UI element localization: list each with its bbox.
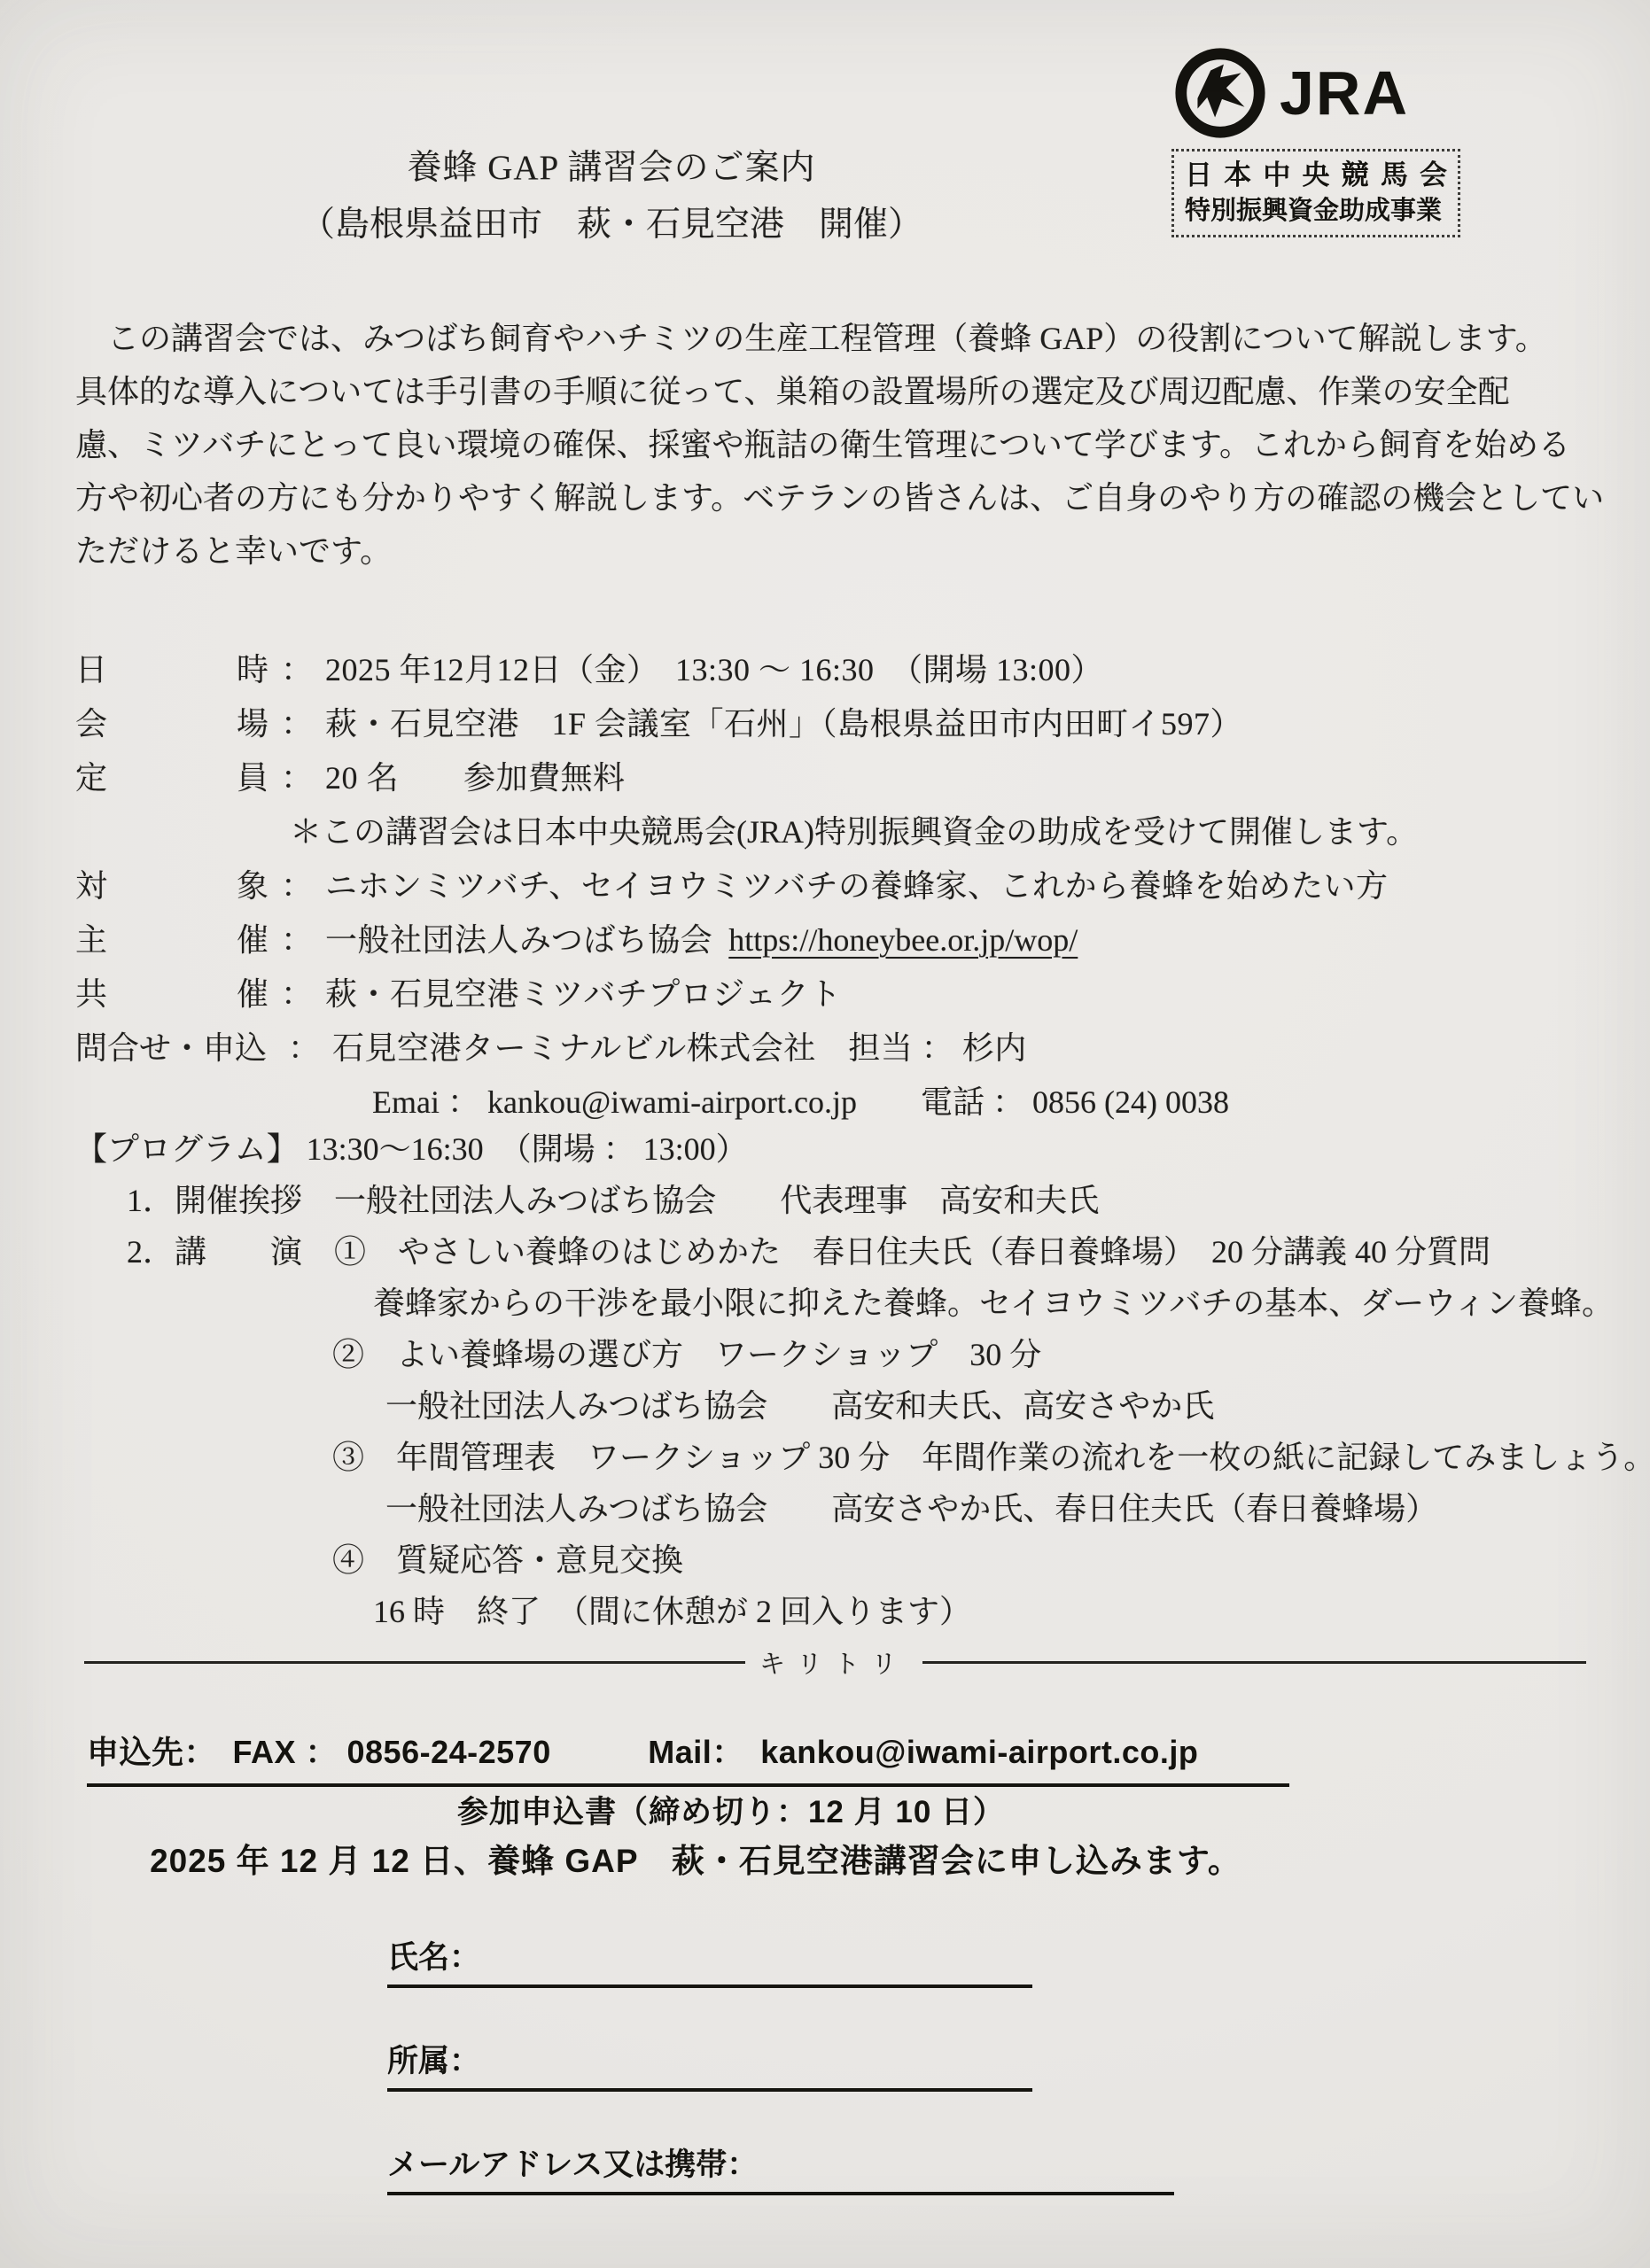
detail-row-venue: 会 場：萩・石見空港 1F 会議室「石州」（島根県益田市内田町イ597）	[75, 701, 1626, 755]
detail-colon: ：	[281, 863, 313, 909]
detail-label: 対 象	[75, 863, 269, 909]
cut-here-label: キリトリ	[759, 1644, 908, 1681]
intro-line: ただけると幸いです。	[75, 524, 1626, 578]
detail-value: 萩・石見空港 1F 会議室「石州」（島根県益田市内田町イ597）	[325, 706, 1242, 742]
detail-grant-note: ＊この講習会は日本中央競馬会(JRA)特別振興資金の助成を受けて開催します。	[75, 809, 1626, 863]
detail-colon: ：	[281, 971, 313, 1017]
detail-row-datetime: 日 時：2025 年12月12日（金） 13:30 ～ 16:30 （開場 13…	[75, 647, 1626, 701]
detail-label: 主 催	[75, 917, 269, 963]
detail-label: 会 場	[75, 701, 269, 747]
grant-box-line1: 日本中央競馬会	[1185, 159, 1447, 193]
detail-value: 石見空港ターミナルビル株式会社 担当 ： 杉内	[332, 1030, 1027, 1066]
page-subtitle: （島根県益田市 萩・石見空港 開催）	[0, 197, 1223, 246]
program-item: 一般社団法人みつばち協会 高安和夫氏、高安さやか氏	[75, 1384, 1626, 1435]
jra-logo-row: JRA	[1171, 44, 1467, 142]
detail-label: 問合せ・申込	[75, 1025, 267, 1071]
detail-label: 定 員	[75, 755, 269, 801]
intro-line: 具体的な導入については手引書の手順に従って、巣箱の設置場所の選定及び周辺配慮、作…	[75, 365, 1626, 418]
detail-colon: ：	[281, 701, 313, 747]
email-or-phone-field-blank: メールアドレス又は携帯：	[387, 2140, 1174, 2195]
program-item: 1．開催挨拶 一般社団法人みつばち協会 代表理事 高安和夫氏	[75, 1178, 1626, 1230]
cut-line-left	[84, 1661, 745, 1664]
program-item: ③ 年間管理表 ワークショップ 30 分 年間作業の流れを一枚の紙に記録してみま…	[75, 1435, 1626, 1487]
application-form-title: 参加申込書（締め切り：12 月 10 日）	[0, 1788, 1462, 1832]
event-details: 日 時：2025 年12月12日（金） 13:30 ～ 16:30 （開場 13…	[75, 647, 1626, 1133]
detail-colon: ：	[281, 755, 313, 801]
detail-value: 20 名 参加費無料	[325, 760, 626, 796]
application-submit-line: 申込先： FAX ： 0856-24-2570 Mail： kankou@iwa…	[87, 1728, 1289, 1787]
cut-here-divider: キリトリ	[84, 1644, 1586, 1681]
detail-label: 日 時	[75, 647, 269, 693]
detail-value: ニホンミツバチ、セイヨウミツバチの養蜂家、これから養蜂を始めたい方	[325, 868, 1388, 904]
detail-colon: ：	[288, 1025, 320, 1071]
program-item: 2．講 演 ① やさしい養蜂のはじめかた 春日住夫氏（春日養蜂場） 20 分講義…	[75, 1230, 1626, 1281]
program-item: ② よい養蜂場の選び方 ワークショップ 30 分	[75, 1332, 1626, 1384]
program-section: 【プログラム】 13:30～16:30 （開場 ： 13:00） 1．開催挨拶 …	[75, 1127, 1626, 1641]
intro-line: 方や初心者の方にも分かりやすく解説します。ベテランの皆さんは、ご自身のやり方の確…	[75, 471, 1626, 524]
detail-row-capacity: 定 員：20 名 参加費無料	[75, 755, 1626, 809]
detail-row-cohost: 共 催：萩・石見空港ミツバチプロジェクト	[75, 971, 1626, 1025]
program-item: 16 時 終了 （間に休憩が 2 回入ります）	[75, 1589, 1626, 1641]
intro-paragraph: この講習会では、みつばち飼育やハチミツの生産工程管理（養蜂 GAP）の役割につい…	[75, 312, 1626, 578]
grant-box-line2: 特別振興資金助成事業	[1185, 195, 1447, 227]
detail-value: 萩・石見空港ミツバチプロジェクト	[325, 976, 842, 1012]
intro-line: この講習会では、みつばち飼育やハチミツの生産工程管理（養蜂 GAP）の役割につい…	[75, 312, 1626, 365]
name-field-blank: 氏名：	[387, 1933, 1032, 1988]
detail-value: 一般社団法人みつばち協会	[325, 922, 712, 958]
cut-line-right	[922, 1661, 1586, 1664]
program-heading: 【プログラム】 13:30～16:30 （開場 ： 13:00）	[75, 1127, 1626, 1178]
affiliation-field-blank: 所属：	[387, 2037, 1032, 2092]
detail-contact-line: Emai ： kankou@iwami-airport.co.jp 電話 ： 0…	[75, 1079, 1626, 1133]
detail-row-target: 対 象：ニホンミツバチ、セイヨウミツバチの養蜂家、これから養蜂を始めたい方	[75, 863, 1626, 917]
detail-colon: ：	[281, 647, 313, 693]
organizer-url-link: https://honeybee.or.jp/wop/	[728, 922, 1078, 958]
jra-wordmark: JRA	[1280, 62, 1409, 124]
intro-line: 慮、ミツバチにとって良い環境の確保、採蜜や瓶詰の衛生管理について学びます。これか…	[75, 418, 1626, 471]
detail-value: 2025 年12月12日（金） 13:30 ～ 16:30 （開場 13:00）	[325, 652, 1103, 687]
detail-colon: ：	[281, 917, 313, 963]
program-item: 養蜂家からの干渉を最小限に抑えた養蜂。セイヨウミツバチの基本、ダーウィン養蜂。	[75, 1281, 1626, 1332]
detail-row-organizer: 主 催：一般社団法人みつばち協会https://honeybee.or.jp/w…	[75, 917, 1626, 971]
scanned-document-page: JRA 日本中央競馬会 特別振興資金助成事業 養蜂 GAP 講習会のご案内 （島…	[0, 0, 1650, 2268]
detail-row-inquiry: 問合せ・申込：石見空港ターミナルビル株式会社 担当 ： 杉内	[75, 1025, 1626, 1079]
application-statement: 2025 年 12 月 12 日、養蜂 GAP 萩・石見空港講習会に申し込みます…	[0, 1834, 1391, 1882]
program-item: 一般社団法人みつばち協会 高安さやか氏、春日住夫氏（春日養蜂場）	[75, 1487, 1626, 1538]
jra-horse-logo-icon	[1171, 44, 1269, 142]
page-title: 養蜂 GAP 講習会のご案内	[0, 140, 1223, 190]
program-item: ④ 質疑応答・意見交換	[75, 1538, 1626, 1589]
detail-label: 共 催	[75, 971, 269, 1017]
